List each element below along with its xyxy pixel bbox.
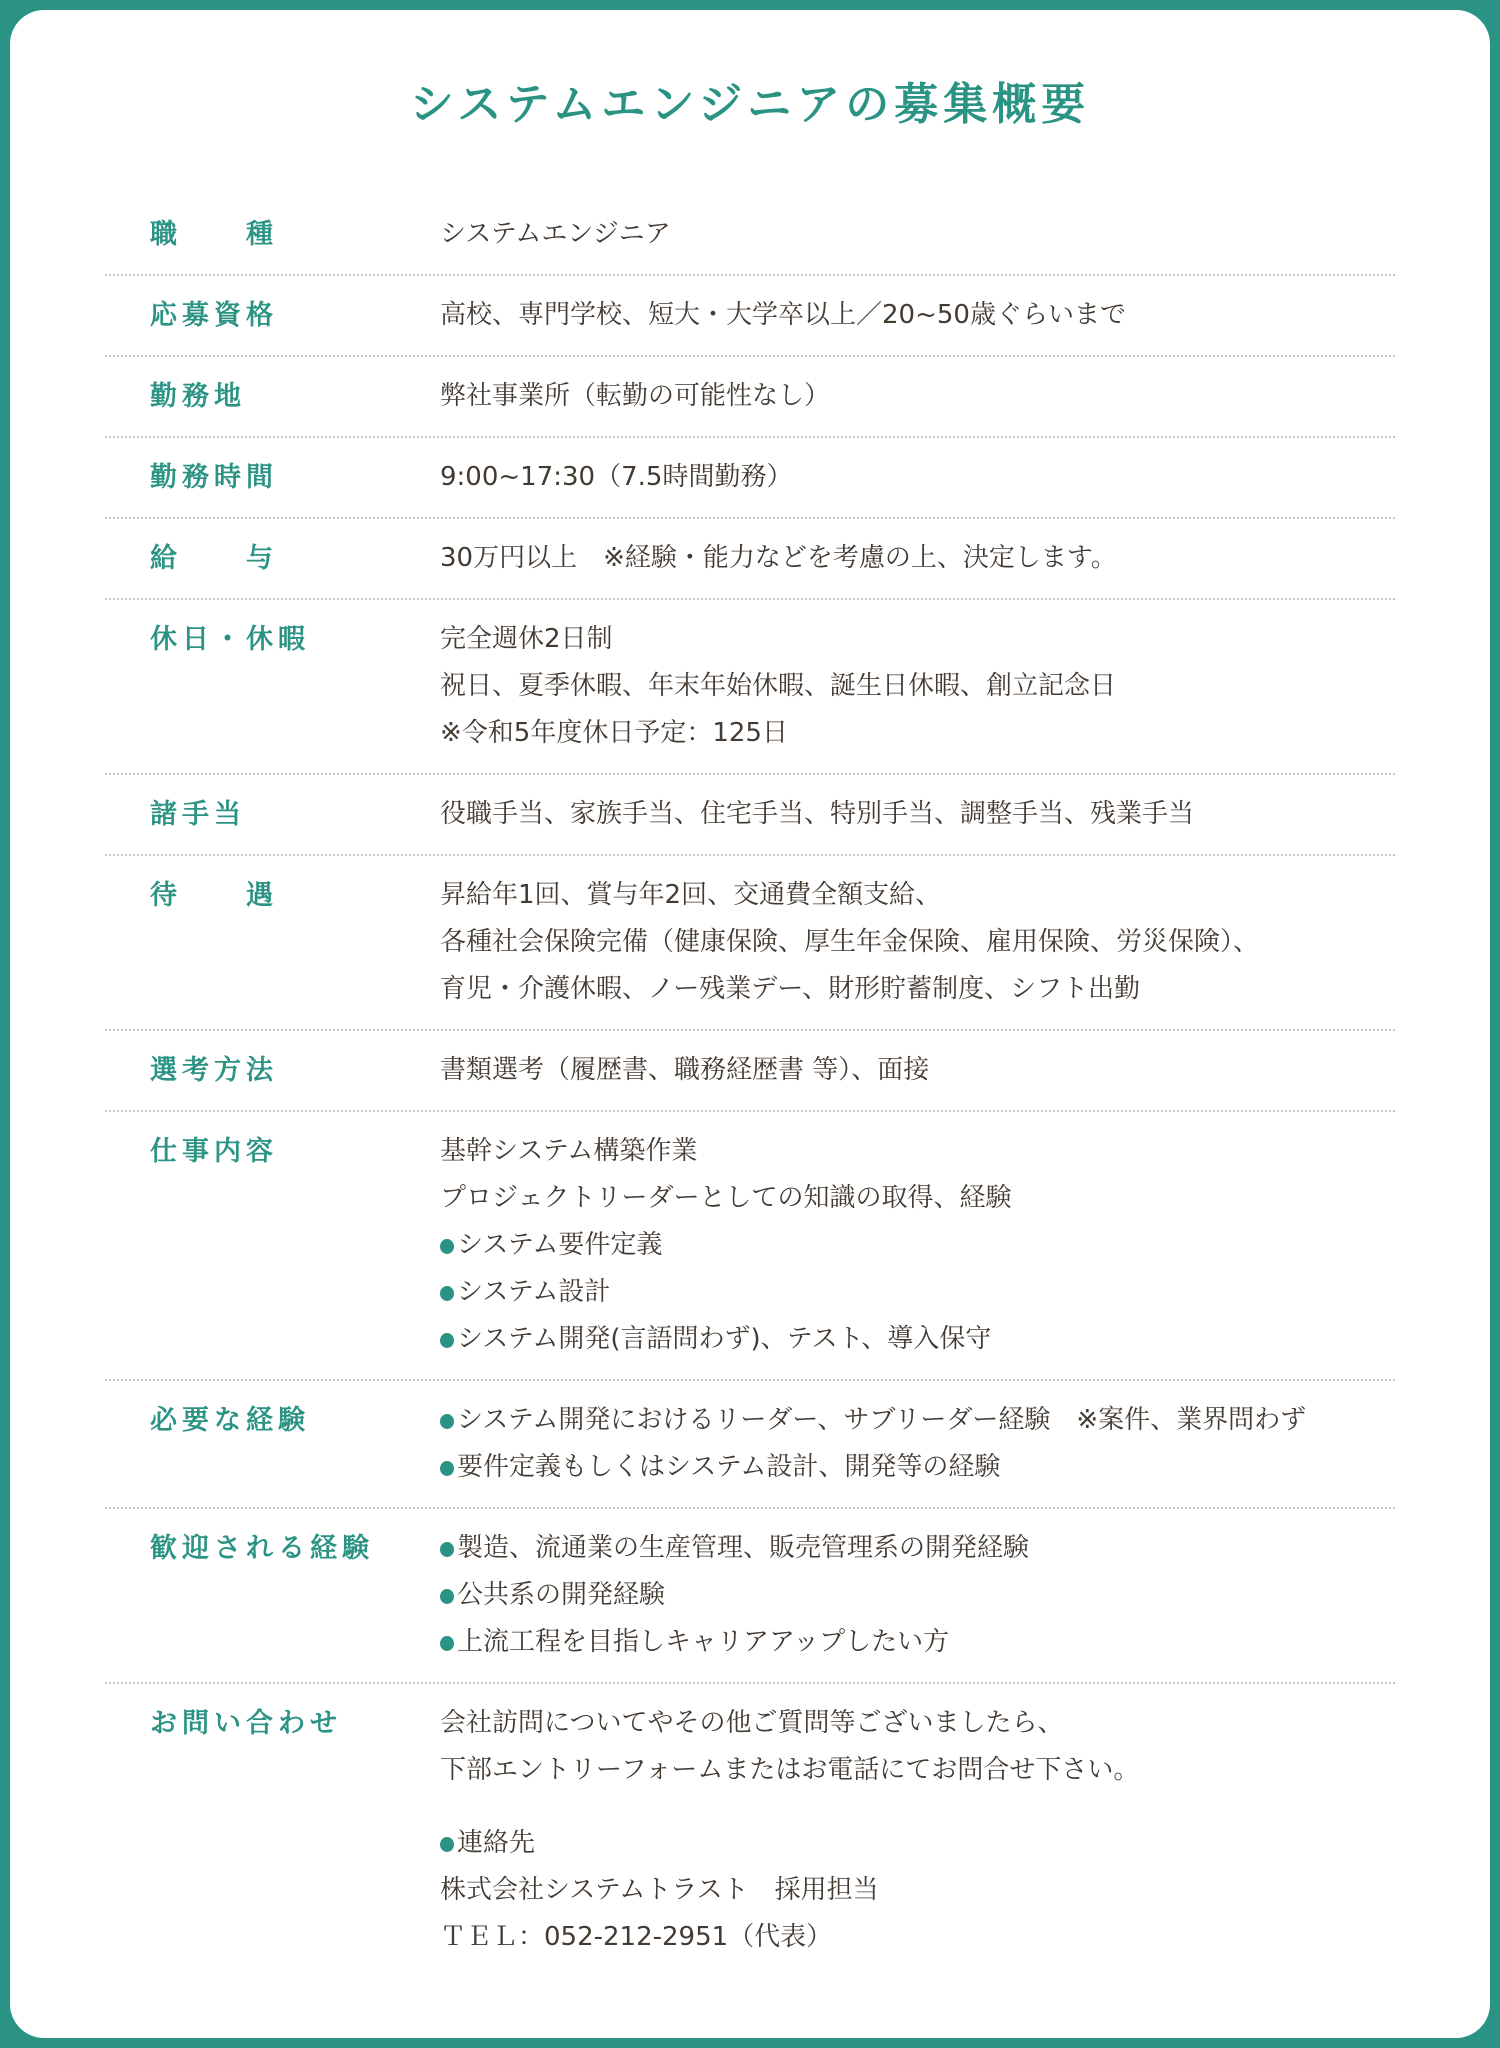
row-value-line: 役職手当、家族手当、住宅手当、特別手当、調整手当、残業手当 [440, 791, 1395, 838]
row-selection-process: 選考方法 書類選考（履歴書、職務経歴書 等）、面接 [105, 1029, 1395, 1110]
row-value-line: 公共系の開発経験 [440, 1572, 1395, 1619]
document-content: システムエンジニアの募集概要 職 種 システムエンジニア 応募資格 高校、専門学… [10, 10, 1490, 1977]
bullet-icon [440, 1461, 454, 1476]
row-value: 書類選考（履歴書、職務経歴書 等）、面接 [440, 1047, 1395, 1094]
row-allowances: 諸手当 役職手当、家族手当、住宅手当、特別手当、調整手当、残業手当 [105, 773, 1395, 854]
row-label: 仕事内容 [105, 1128, 440, 1363]
row-salary: 給 与 30万円以上 ※経験・能力などを考慮の上、決定します。 [105, 517, 1395, 598]
row-benefits: 待 遇 昇給年1回、賞与年2回、交通費全額支給、各種社会保険完備（健康保険、厚生… [105, 854, 1395, 1029]
row-label: 待 遇 [105, 872, 440, 1013]
row-label: 応募資格 [105, 292, 440, 339]
row-value-line: 完全週休2日制 [440, 616, 1395, 663]
row-value: 高校、専門学校、短大・大学卒以上／20~50歳ぐらいまで [440, 292, 1395, 339]
row-value: 9:00~17:30（7.5時間勤務） [440, 454, 1395, 501]
row-label: お問い合わせ [105, 1700, 440, 1961]
row-label: 選考方法 [105, 1047, 440, 1094]
row-value-line: 書類選考（履歴書、職務経歴書 等）、面接 [440, 1047, 1395, 1094]
row-qualifications: 応募資格 高校、専門学校、短大・大学卒以上／20~50歳ぐらいまで [105, 274, 1395, 355]
row-label: 勤務時間 [105, 454, 440, 501]
row-contact: お問い合わせ 会社訪問についてやその他ご質問等ございましたら、下部エントリーフォ… [105, 1682, 1395, 1977]
document-sheet: システムエンジニアの募集概要 職 種 システムエンジニア 応募資格 高校、専門学… [10, 10, 1490, 2038]
row-value-line: 各種社会保険完備（健康保険、厚生年金保険、雇用保険、労災保険）、 [440, 919, 1395, 966]
row-value-line: 昇給年1回、賞与年2回、交通費全額支給、 [440, 872, 1395, 919]
row-value: 製造、流通業の生産管理、販売管理系の開発経験公共系の開発経験上流工程を目指しキャ… [440, 1525, 1395, 1666]
row-value-line: 連絡先 [440, 1820, 1395, 1867]
row-value-line: 30万円以上 ※経験・能力などを考慮の上、決定します。 [440, 535, 1395, 582]
bullet-icon [440, 1286, 454, 1301]
row-value: 昇給年1回、賞与年2回、交通費全額支給、各種社会保険完備（健康保険、厚生年金保険… [440, 872, 1395, 1013]
row-value: 弊社事業所（転勤の可能性なし） [440, 373, 1395, 420]
row-value-line: 祝日、夏季休暇、年末年始休暇、誕生日休暇、創立記念日 [440, 663, 1395, 710]
row-value: 完全週休2日制祝日、夏季休暇、年末年始休暇、誕生日休暇、創立記念日※令和5年度休… [440, 616, 1395, 757]
row-value-line: プロジェクトリーダーとしての知識の取得、経験 [440, 1175, 1395, 1222]
row-value: システムエンジニア [440, 211, 1395, 258]
row-holidays: 休日・休暇 完全週休2日制祝日、夏季休暇、年末年始休暇、誕生日休暇、創立記念日※… [105, 598, 1395, 773]
page-title: システムエンジニアの募集概要 [105, 80, 1395, 131]
bullet-icon [440, 1333, 454, 1348]
row-value-line: 上流工程を目指しキャリアアップしたい方 [440, 1619, 1395, 1666]
row-value: システム開発におけるリーダー、サブリーダー経験 ※案件、業界問わず要件定義もしく… [440, 1397, 1395, 1491]
row-value-line: 会社訪問についてやその他ご質問等ございましたら、 [440, 1700, 1395, 1747]
row-value-line: 要件定義もしくはシステム設計、開発等の経験 [440, 1444, 1395, 1491]
row-value-line: ＴＥＬ：052-212-2951（代表） [440, 1914, 1395, 1961]
row-value-line: システム開発(言語問わず)、テスト、導入保守 [440, 1316, 1395, 1363]
row-label: 歓迎される経験 [105, 1525, 440, 1666]
row-value-line: 基幹システム構築作業 [440, 1128, 1395, 1175]
row-job-type: 職 種 システムエンジニア [105, 195, 1395, 274]
row-value-line: 製造、流通業の生産管理、販売管理系の開発経験 [440, 1525, 1395, 1572]
row-value-line: 弊社事業所（転勤の可能性なし） [440, 373, 1395, 420]
row-value-line: ※令和5年度休日予定：125日 [440, 710, 1395, 757]
row-label: 給 与 [105, 535, 440, 582]
row-value-line: システムエンジニア [440, 211, 1395, 258]
row-job-description: 仕事内容 基幹システム構築作業プロジェクトリーダーとしての知識の取得、経験システ… [105, 1110, 1395, 1379]
row-label: 必要な経験 [105, 1397, 440, 1491]
row-value: 役職手当、家族手当、住宅手当、特別手当、調整手当、残業手当 [440, 791, 1395, 838]
row-label: 職 種 [105, 211, 440, 258]
row-value-line: 9:00~17:30（7.5時間勤務） [440, 454, 1395, 501]
bullet-icon [440, 1239, 454, 1254]
row-value: 基幹システム構築作業プロジェクトリーダーとしての知識の取得、経験システム要件定義… [440, 1128, 1395, 1363]
row-value-line: 高校、専門学校、短大・大学卒以上／20~50歳ぐらいまで [440, 292, 1395, 339]
row-value-line: システム設計 [440, 1269, 1395, 1316]
row-required-experience: 必要な経験 システム開発におけるリーダー、サブリーダー経験 ※案件、業界問わず要… [105, 1379, 1395, 1507]
row-value-line: システム要件定義 [440, 1222, 1395, 1269]
row-work-hours: 勤務時間 9:00~17:30（7.5時間勤務） [105, 436, 1395, 517]
row-value-line: 育児・介護休暇、ノー残業デー、財形貯蓄制度、シフト出勤 [440, 966, 1395, 1013]
row-label: 勤務地 [105, 373, 440, 420]
row-value: 会社訪問についてやその他ご質問等ございましたら、下部エントリーフォームまたはお電… [440, 1700, 1395, 1961]
row-label: 諸手当 [105, 791, 440, 838]
job-table: 職 種 システムエンジニア 応募資格 高校、専門学校、短大・大学卒以上／20~5… [105, 195, 1395, 1977]
row-label: 休日・休暇 [105, 616, 440, 757]
row-value-line: 下部エントリーフォームまたはお電話にてお問合せ下さい。 [440, 1747, 1395, 1794]
row-work-location: 勤務地 弊社事業所（転勤の可能性なし） [105, 355, 1395, 436]
bullet-icon [440, 1636, 454, 1651]
bullet-icon [440, 1542, 454, 1557]
bullet-icon [440, 1837, 454, 1852]
bullet-icon [440, 1589, 454, 1604]
row-welcomed-experience: 歓迎される経験 製造、流通業の生産管理、販売管理系の開発経験公共系の開発経験上流… [105, 1507, 1395, 1682]
row-value-line: 株式会社システムトラスト 採用担当 [440, 1867, 1395, 1914]
row-value-line: システム開発におけるリーダー、サブリーダー経験 ※案件、業界問わず [440, 1397, 1395, 1444]
bullet-icon [440, 1414, 454, 1429]
row-value: 30万円以上 ※経験・能力などを考慮の上、決定します。 [440, 535, 1395, 582]
